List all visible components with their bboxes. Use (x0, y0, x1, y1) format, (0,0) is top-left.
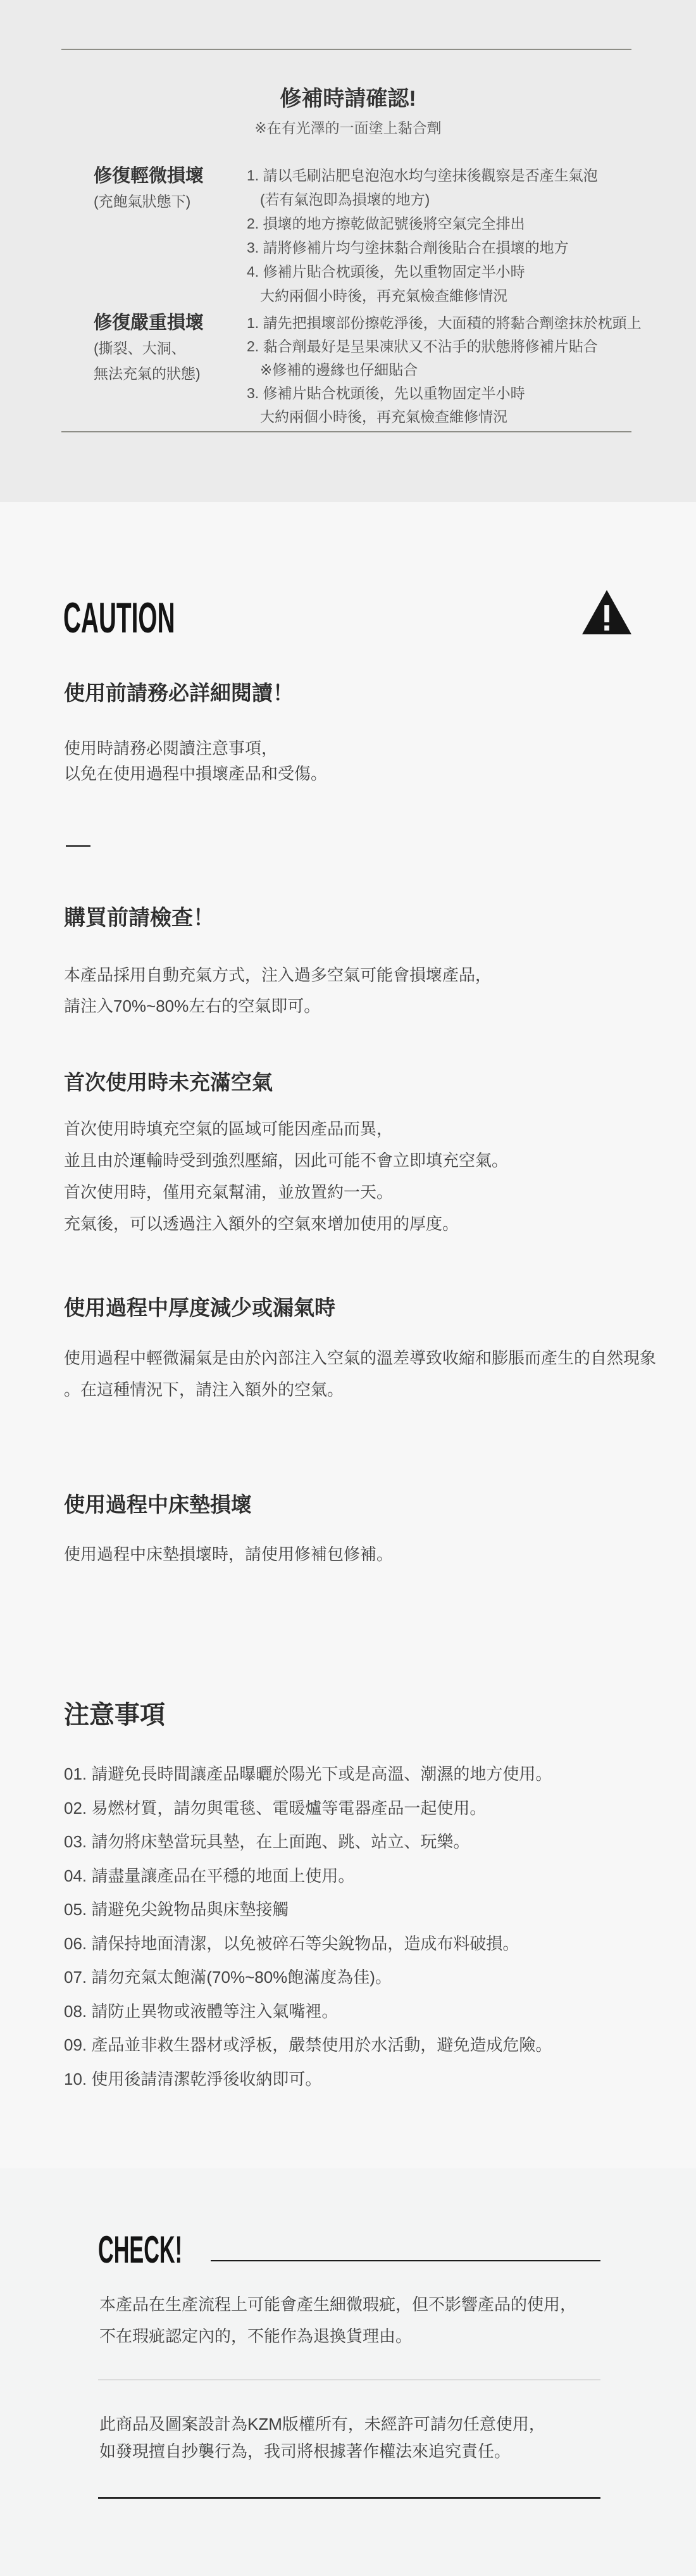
check-heading-line (211, 2260, 600, 2261)
repair-group-severe-steps: 1. 請先把損壞部份擦乾淨後，大面積的將黏合劑塗抹於枕頭上 2. 黏合劑最好是呈… (247, 311, 642, 429)
read-before-use-title: 使用前請務必詳細閱讀！ (64, 681, 294, 705)
note-item: 10. 使用後請清潔乾淨後收納即可。 (64, 2063, 552, 2097)
first-use-title: 首次使用時未充滿空氣 (64, 1071, 273, 1095)
copyright-body: 此商品及圖案設計為KZM版權所有，未經許可請勿任意使用， 如發現擅自抄襲行為，我… (99, 2411, 545, 2465)
warning-triangle-icon (581, 589, 633, 636)
repair-bottom-divider (61, 431, 631, 432)
body-line: 如發現擅自抄襲行為，我司將根據著作權法來追究責任。 (99, 2438, 545, 2465)
repair-step: 1. 請先把損壞部份擦乾淨後，大面積的將黏合劑塗抹於枕頭上 (247, 311, 642, 335)
note-item: 02. 易燃材質，請勿與電毯、電暖爐等電器產品一起使用。 (64, 1792, 552, 1826)
first-use-body: 首次使用時填充空氣的區域可能因產品而異， 並且由於運輸時受到強烈壓縮，因此可能不… (64, 1113, 508, 1240)
repair-step: 1. 請以毛刷沾肥皂泡泡水均勻塗抹後觀察是否產生氣泡 (247, 163, 598, 187)
note-item: 01. 請避免長時間讓產品曝曬於陽光下或是高溫、潮濕的地方使用。 (64, 1757, 552, 1792)
repair-step: 2. 損壞的地方擦乾做記號後將空氣完全排出 (247, 211, 598, 236)
read-before-use-body: 使用時請務必閱讀注意事項， 以免在使用過程中損壞產品和受傷。 (64, 736, 327, 786)
repair-group-minor-title: 修復輕微損壞 (94, 163, 204, 189)
note-item: 06. 請保持地面清潔，以免被碎石等尖銳物品，造成布料破損。 (64, 1927, 552, 1961)
repair-group-severe-subtitle: (撕裂、大洞、 (94, 336, 204, 361)
page-bottom-line (98, 2497, 600, 2499)
body-line: 此商品及圖案設計為KZM版權所有，未經許可請勿任意使用， (99, 2411, 545, 2438)
body-line: 使用過程中床墊損壞時，請使用修補包修補。 (64, 1540, 393, 1569)
top-divider (61, 49, 631, 50)
small-dash-divider (66, 845, 90, 847)
repair-step-note: ※修補的邊緣也仔細貼合 (247, 358, 642, 382)
check-before-buy-title: 購買前請檢查！ (64, 906, 214, 930)
body-line: 首次使用時填充空氣的區域可能因產品而異， (64, 1113, 508, 1145)
body-line: 本產品在生產流程上可能會產生細微瑕疵，但不影響產品的使用， (99, 2289, 576, 2320)
repair-group-severe-subtitle: 無法充氣的狀態) (94, 361, 204, 386)
check-before-buy-body: 本產品採用自動充氣方式，注入過多空氣可能會損壞產品， 請注入70%~80%左右的… (64, 960, 492, 1022)
repair-step: 2. 黏合劑最好是呈果凍狀又不沾手的狀態將修補片貼合 (247, 335, 642, 358)
body-line: 使用時請務必閱讀注意事項， (64, 736, 327, 761)
note-item: 07. 請勿充氣太飽滿(70%~80%飽滿度為佳)。 (64, 1961, 552, 1995)
repair-section-title: 修補時請確認! (0, 81, 696, 112)
check-heading: CHECK! (98, 2234, 245, 2266)
caution-heading: CAUTION (63, 600, 259, 636)
mat-damage-body: 使用過程中床墊損壞時，請使用修補包修補。 (64, 1540, 393, 1569)
body-line: 。在這種情況下，請注入額外的空氣。 (64, 1374, 656, 1405)
note-item: 03. 請勿將床墊當玩具墊，在上面跑、跳、站立、玩樂。 (64, 1825, 552, 1859)
note-item: 08. 請防止異物或液體等注入氣嘴裡。 (64, 1995, 552, 2029)
thickness-loss-title: 使用過程中厚度減少或漏氣時 (64, 1296, 335, 1320)
repair-step-note: 大約兩個小時後，再充氣檢查維修情況 (247, 284, 598, 308)
body-line: 請注入70%~80%左右的空氣即可。 (64, 991, 492, 1022)
note-item: 05. 請避免尖銳物品與床墊接觸 (64, 1893, 552, 1927)
repair-step: 3. 請將修補片均勻塗抹黏合劑後貼合在損壞的地方 (247, 236, 598, 260)
thickness-loss-body: 使用過程中輕微漏氣是由於內部注入空氣的溫差導致收縮和膨脹而產生的自然現象 。在這… (64, 1342, 656, 1405)
check-body: 本產品在生產流程上可能會產生細微瑕疵，但不影響產品的使用， 不在瑕疵認定內的，不… (99, 2289, 576, 2352)
note-item: 09. 產品並非救生器材或浮板，嚴禁使用於水活動，避免造成危險。 (64, 2028, 552, 2063)
body-line: 並且由於運輸時受到強烈壓縮，因此可能不會立即填充空氣。 (64, 1145, 508, 1176)
repair-section-subtitle: ※在有光澤的一面塗上黏合劑 (0, 116, 696, 137)
repair-group-minor-label: 修復輕微損壞 (充飽氣狀態下) (94, 163, 204, 214)
repair-step-note: (若有氣泡即為損壞的地方) (247, 187, 598, 211)
repair-group-minor-subtitle: (充飽氣狀態下) (94, 189, 204, 214)
repair-group-severe-title: 修復嚴重損壞 (94, 310, 204, 336)
repair-step-note: 大約兩個小時後，再充氣檢查維修情況 (247, 405, 642, 429)
body-line: 以免在使用過程中損壞產品和受傷。 (64, 761, 327, 786)
body-line: 充氣後，可以透過注入額外的空氣來增加使用的厚度。 (64, 1208, 508, 1240)
body-line: 使用過程中輕微漏氣是由於內部注入空氣的溫差導致收縮和膨脹而產生的自然現象 (64, 1342, 656, 1374)
body-line: 本產品採用自動充氣方式，注入過多空氣可能會損壞產品， (64, 960, 492, 991)
repair-group-minor-steps: 1. 請以毛刷沾肥皂泡泡水均勻塗抹後觀察是否產生氣泡 (若有氣泡即為損壞的地方)… (247, 163, 598, 308)
product-care-notice-page: 修補時請確認! ※在有光澤的一面塗上黏合劑 修復輕微損壞 (充飽氣狀態下) 1.… (0, 0, 696, 2576)
notes-title: 注意事項 (64, 1700, 165, 1730)
repair-step: 4. 修補片貼合枕頭後，先以重物固定半小時 (247, 260, 598, 284)
copyright-top-divider (98, 2379, 600, 2380)
note-item: 04. 請盡量讓產品在平穩的地面上使用。 (64, 1859, 552, 1894)
notes-list: 01. 請避免長時間讓產品曝曬於陽光下或是高溫、潮濕的地方使用。 02. 易燃材… (64, 1757, 552, 2096)
body-line: 不在瑕疵認定內的，不能作為退換貨理由。 (99, 2320, 576, 2352)
repair-step: 3. 修補片貼合枕頭後，先以重物固定半小時 (247, 382, 642, 405)
repair-group-severe-label: 修復嚴重損壞 (撕裂、大洞、 無法充氣的狀態) (94, 310, 204, 386)
body-line: 首次使用時，僅用充氣幫浦，並放置約一天。 (64, 1176, 508, 1208)
mat-damage-title: 使用過程中床墊損壞 (64, 1493, 252, 1517)
